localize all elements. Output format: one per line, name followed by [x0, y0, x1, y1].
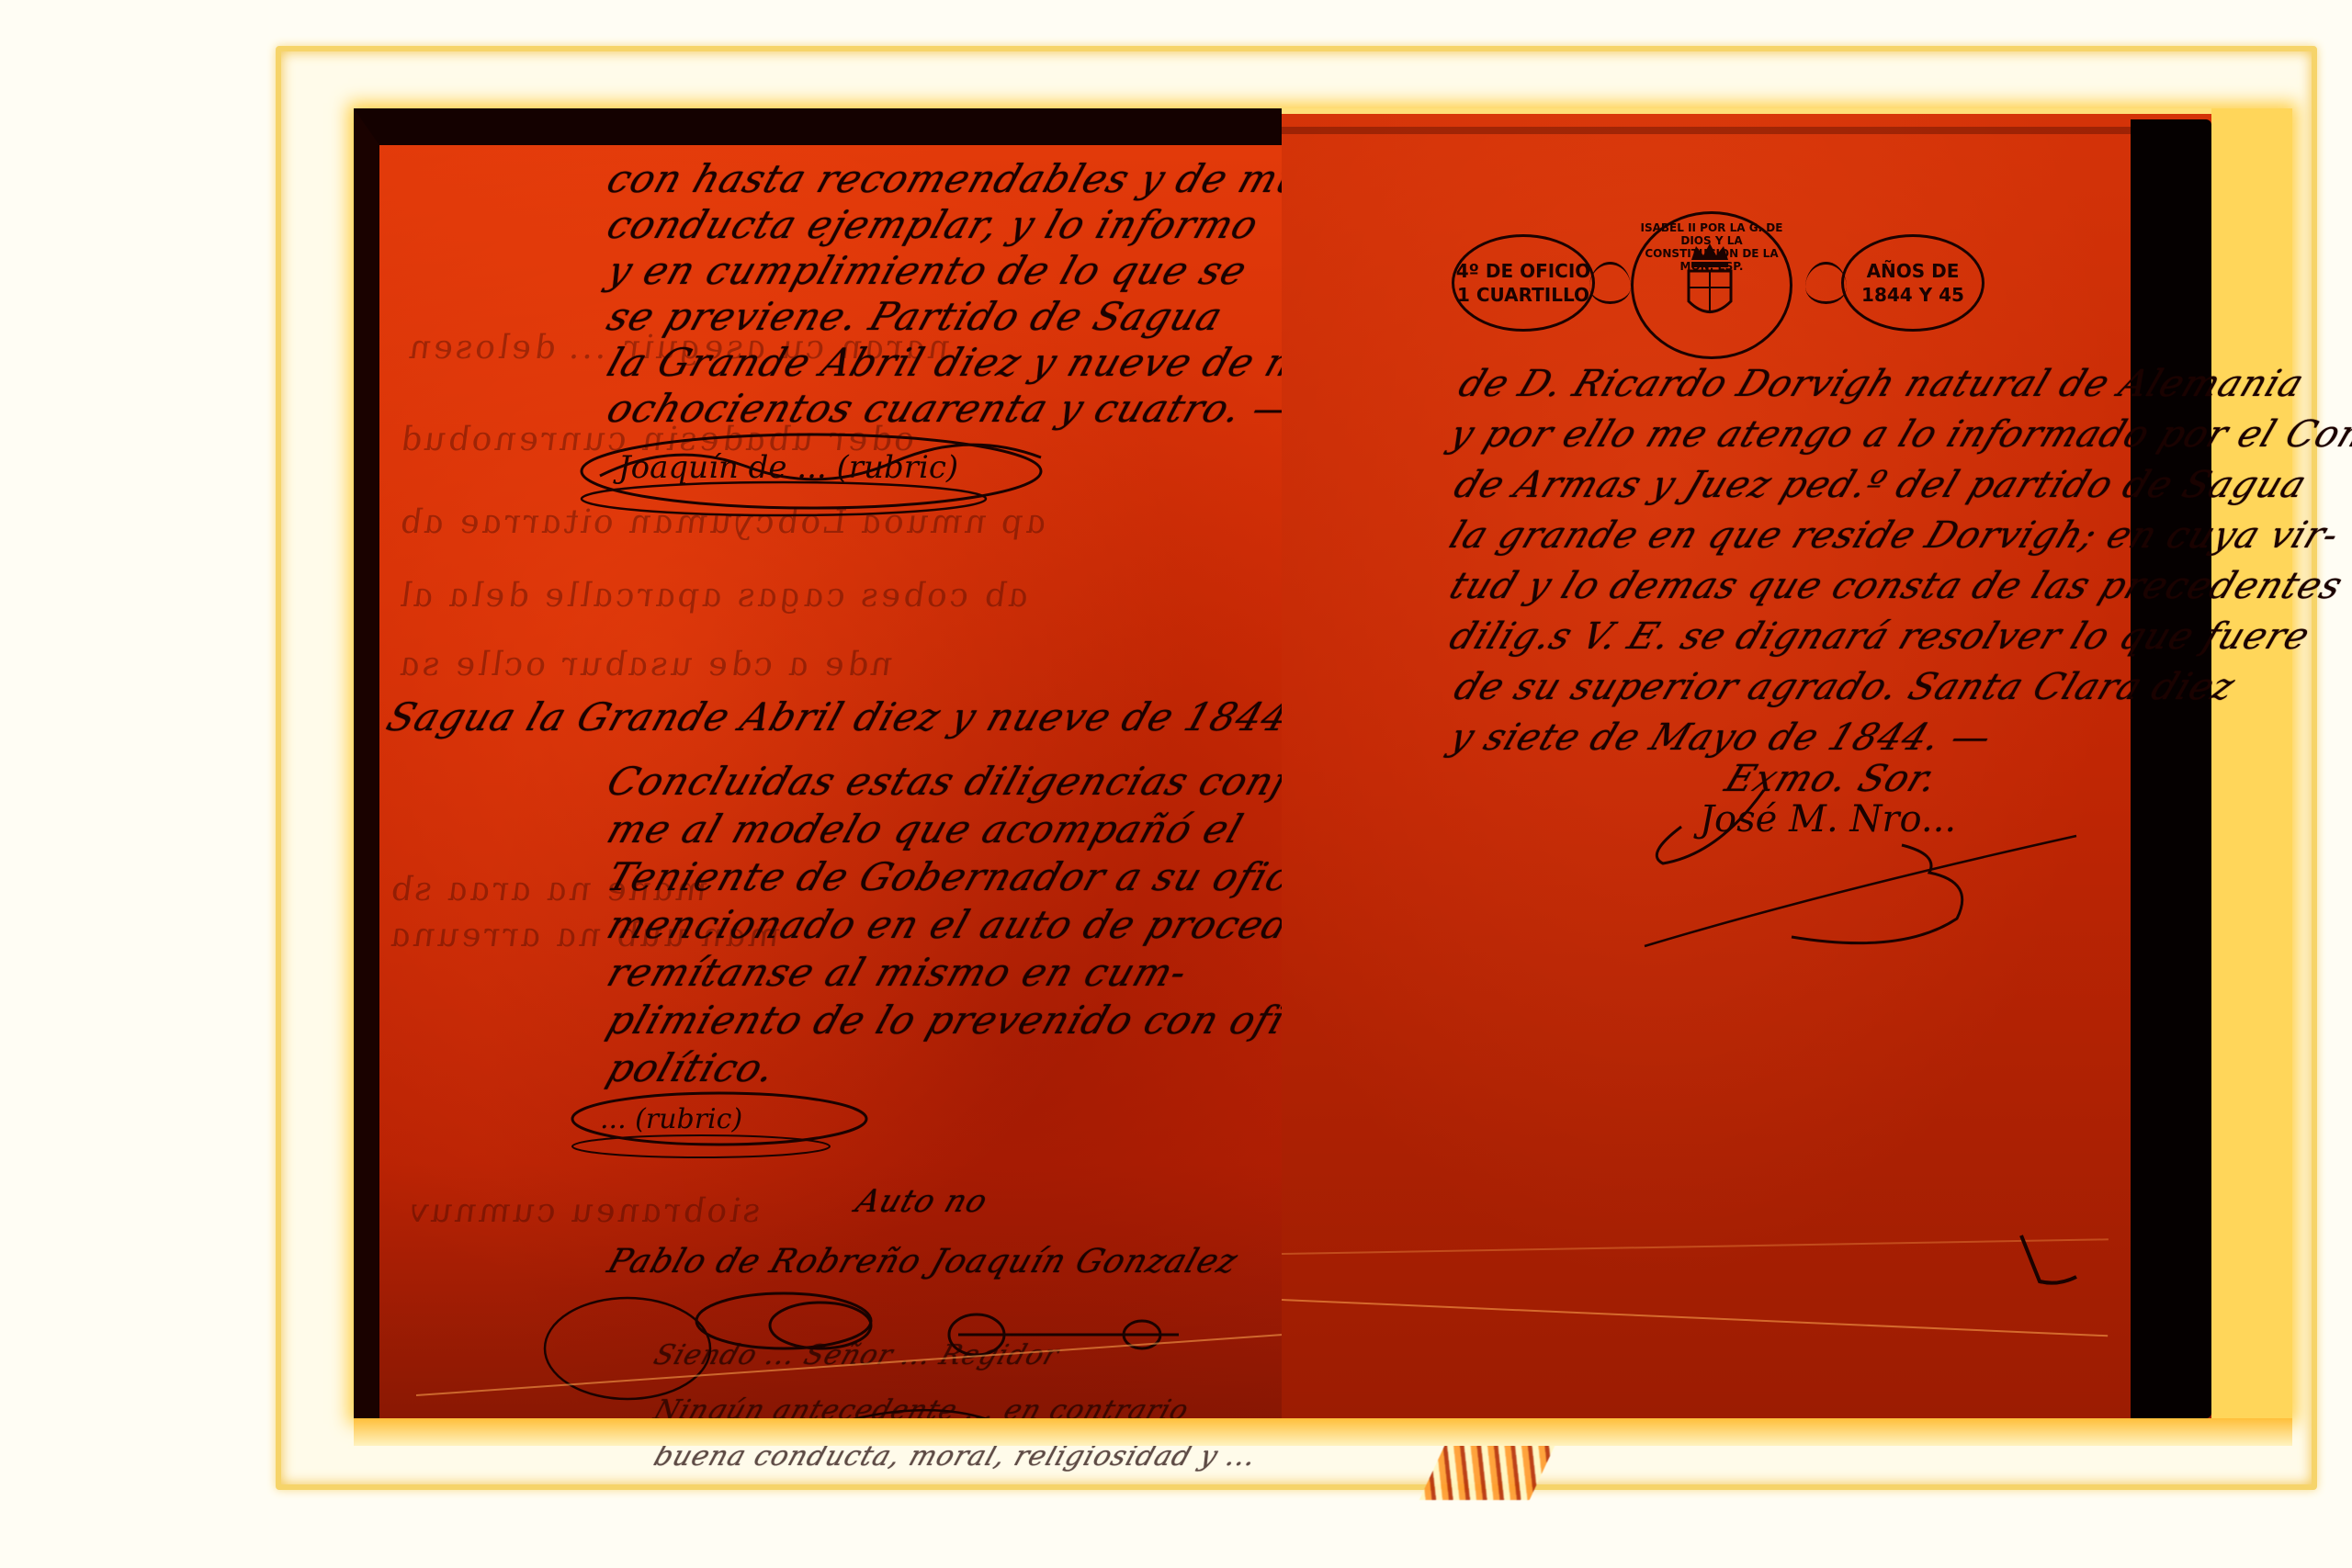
manuscript-line: plimiento de lo prevenido con oficio — [602, 998, 1351, 1043]
manuscript-line: de D. Ricardo Dorvigh natural de Alemani… — [1453, 363, 2311, 405]
document-scan: naran cu aseguir ... delosen oder ubades… — [354, 108, 2292, 1418]
stamp-right-oval: AÑOS DE 1844 Y 45 — [1841, 234, 1984, 332]
manuscript-line: con hasta recomendables y de muy — [602, 156, 1333, 201]
manuscript-line: se previene. Partido de Sagua — [602, 294, 1228, 339]
stamp-years-value: 1844 Y 45 — [1861, 283, 1964, 307]
stamp-years-label: AÑOS DE — [1867, 259, 1960, 283]
manuscript-line: y en cumplimiento de lo que se — [602, 248, 1253, 293]
stamp-value-text: 1 CUARTILLO — [1457, 283, 1589, 307]
manuscript-line: Concluidas estas diligencias confor- — [602, 759, 1353, 804]
manuscript-line: me al modelo que acompañó el — [602, 807, 1249, 852]
manuscript-line: Sagua la Grande Abril diez y nueve de 18… — [381, 694, 1295, 739]
manuscript-line: de Armas y Juez ped.º del partido de Sag… — [1449, 464, 2313, 506]
bleed-through-text: nde a cde usabur oclle sa — [391, 646, 899, 683]
manuscript-line: la Grande Abril diez y nueve de mil — [602, 340, 1338, 385]
stamp-scroll-ornament — [1589, 262, 1631, 304]
signature-rubric-2: ... (rubric) — [563, 1082, 894, 1174]
stamp-royal-seal: ISABEL II POR LA G. DE DIOS Y LA CONSTIT… — [1631, 211, 1792, 359]
film-scratch — [1282, 1299, 2108, 1337]
ink-mark — [2003, 1231, 2113, 1304]
svg-text:José M. Nro...: José M. Nro... — [1693, 798, 1956, 840]
manuscript-line: tud y lo demas que consta de las precede… — [1444, 565, 2349, 607]
tax-stamp: 4º DE OFICIO 1 CUARTILLO ISABEL II POR L… — [1452, 211, 1984, 349]
film-border-bar — [2131, 119, 2211, 1418]
film-scratch — [1282, 1238, 2109, 1255]
manuscript-line: mencionado en el auto de proceder — [602, 902, 1340, 947]
svg-text:Joaquín de ... (rubric): Joaquín de ... (rubric) — [613, 449, 958, 486]
manuscript-line: Teniente de Gobernador a su oficio — [602, 854, 1334, 899]
crown-crest-icon — [1678, 242, 1742, 324]
manuscript-line: Pablo de Robreño Joaquín Gonzalez — [603, 1243, 1242, 1280]
stamp-class-text: 4º DE OFICIO — [1456, 259, 1591, 283]
stamp-left-oval: 4º DE OFICIO 1 CUARTILLO — [1452, 234, 1595, 332]
signature-rubric-1: Joaquín de ... (rubric) — [563, 421, 1078, 531]
manuscript-line: la grande en que reside Dorvigh; en cuya… — [1444, 514, 2346, 557]
manuscript-line: de su superior agrado. Santa Clara diez — [1449, 666, 2242, 708]
manuscript-line: Siendo ... Señor ... Regidor — [650, 1339, 1063, 1371]
bleed-through-text: ab cobes cagas aparcalle dela al — [391, 577, 1035, 615]
svg-text:... (rubric): ... (rubric) — [600, 1103, 742, 1135]
manuscript-line: dilig.s V. E. se dignará resolver lo que… — [1444, 615, 2316, 658]
manuscript-line: y siete de Mayo de 1844. — — [1444, 716, 1998, 759]
bleed-through-text: siobraneu cumnuv — [401, 1192, 766, 1230]
manuscript-line: conducta ejemplar, y lo informo — [602, 202, 1264, 247]
left-page: naran cu aseguir ... delosen oder ubades… — [354, 108, 1282, 1418]
film-edge-glow — [354, 1418, 2292, 1446]
manuscript-line: Auto no — [852, 1183, 993, 1220]
manuscript-line: remítanse al mismo en cum- — [602, 950, 1193, 995]
manuscript-line: y por ello me atengo a lo informado por … — [1444, 413, 2352, 456]
signature-governor: José M. Nro... — [1626, 781, 2104, 964]
